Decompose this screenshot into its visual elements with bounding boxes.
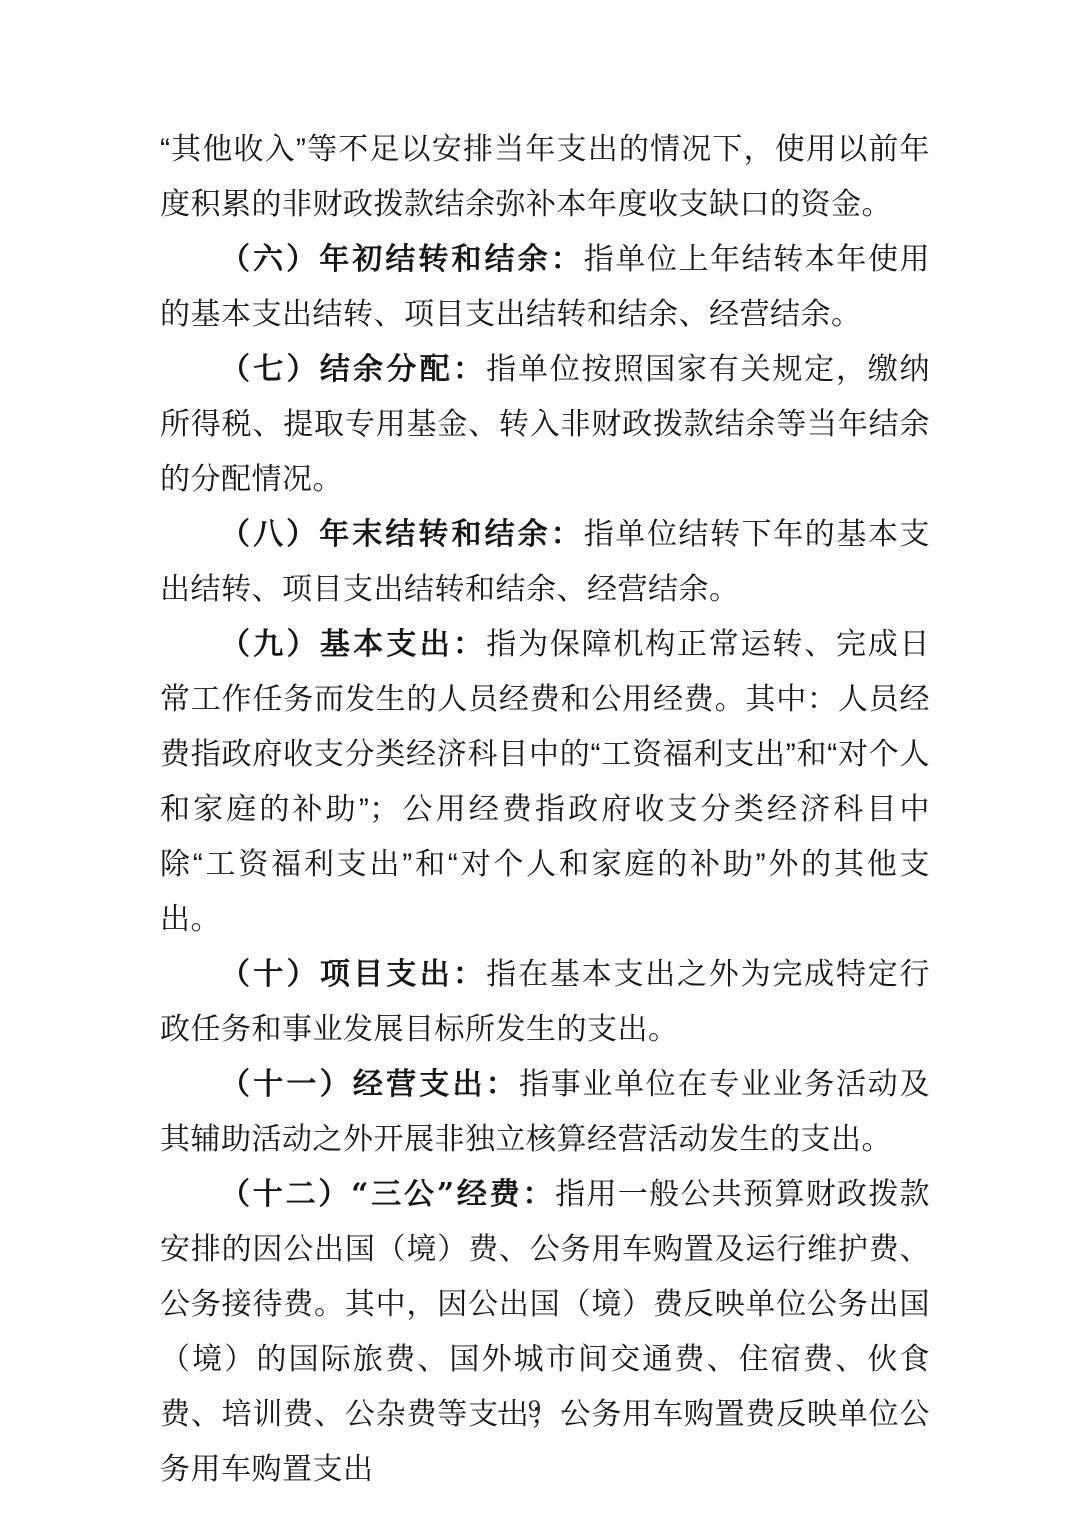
page-number: – 9 – xyxy=(0,1398,1075,1423)
paragraph-label: （六）年初结转和结余： xyxy=(220,242,584,277)
paragraph-text: 指为保障机构正常运转、完成日常工作任务而发生的人员经费和公用经费。其中：人员经费… xyxy=(160,628,930,936)
paragraph-item-12: （十二）“三公”经费：指用一般公共预算财政拨款安排的因公出国（境）费、公务用车购… xyxy=(160,1167,930,1497)
paragraph-label: （十）项目支出： xyxy=(220,957,486,992)
paragraph-text: “其他收入”等不足以安排当年支出的情况下，使用以前年度积累的非财政拨款结余弥补本… xyxy=(160,133,930,221)
paragraph-label: （十二）“三公”经费： xyxy=(220,1177,555,1212)
document-body: “其他收入”等不足以安排当年支出的情况下，使用以前年度积累的非财政拨款结余弥补本… xyxy=(160,122,930,1497)
paragraph-item-8: （八）年末结转和结余：指单位结转下年的基本支出结转、项目支出结转和结余、经营结余… xyxy=(160,507,930,617)
paragraph-continuation: “其他收入”等不足以安排当年支出的情况下，使用以前年度积累的非财政拨款结余弥补本… xyxy=(160,122,930,232)
paragraph-item-6: （六）年初结转和结余：指单位上年结转本年使用的基本支出结转、项目支出结转和结余、… xyxy=(160,232,930,342)
document-page: “其他收入”等不足以安排当年支出的情况下，使用以前年度积累的非财政拨款结余弥补本… xyxy=(0,0,1075,1520)
paragraph-label: （八）年末结转和结余： xyxy=(220,517,584,552)
paragraph-item-7: （七）结余分配：指单位按照国家有关规定，缴纳所得税、提取专用基金、转入非财政拨款… xyxy=(160,342,930,507)
paragraph-text: 指用一般公共预算财政拨款安排的因公出国（境）费、公务用车购置及运行维护费、公务接… xyxy=(160,1178,930,1486)
paragraph-label: （七）结余分配： xyxy=(220,352,486,387)
paragraph-item-10: （十）项目支出：指在基本支出之外为完成特定行政任务和事业发展目标所发生的支出。 xyxy=(160,947,930,1057)
paragraph-label: （十一）经营支出： xyxy=(220,1067,519,1102)
paragraph-item-9: （九）基本支出：指为保障机构正常运转、完成日常工作任务而发生的人员经费和公用经费… xyxy=(160,617,930,947)
paragraph-item-11: （十一）经营支出：指事业单位在专业业务活动及其辅助活动之外开展非独立核算经营活动… xyxy=(160,1057,930,1167)
paragraph-label: （九）基本支出： xyxy=(220,627,486,662)
